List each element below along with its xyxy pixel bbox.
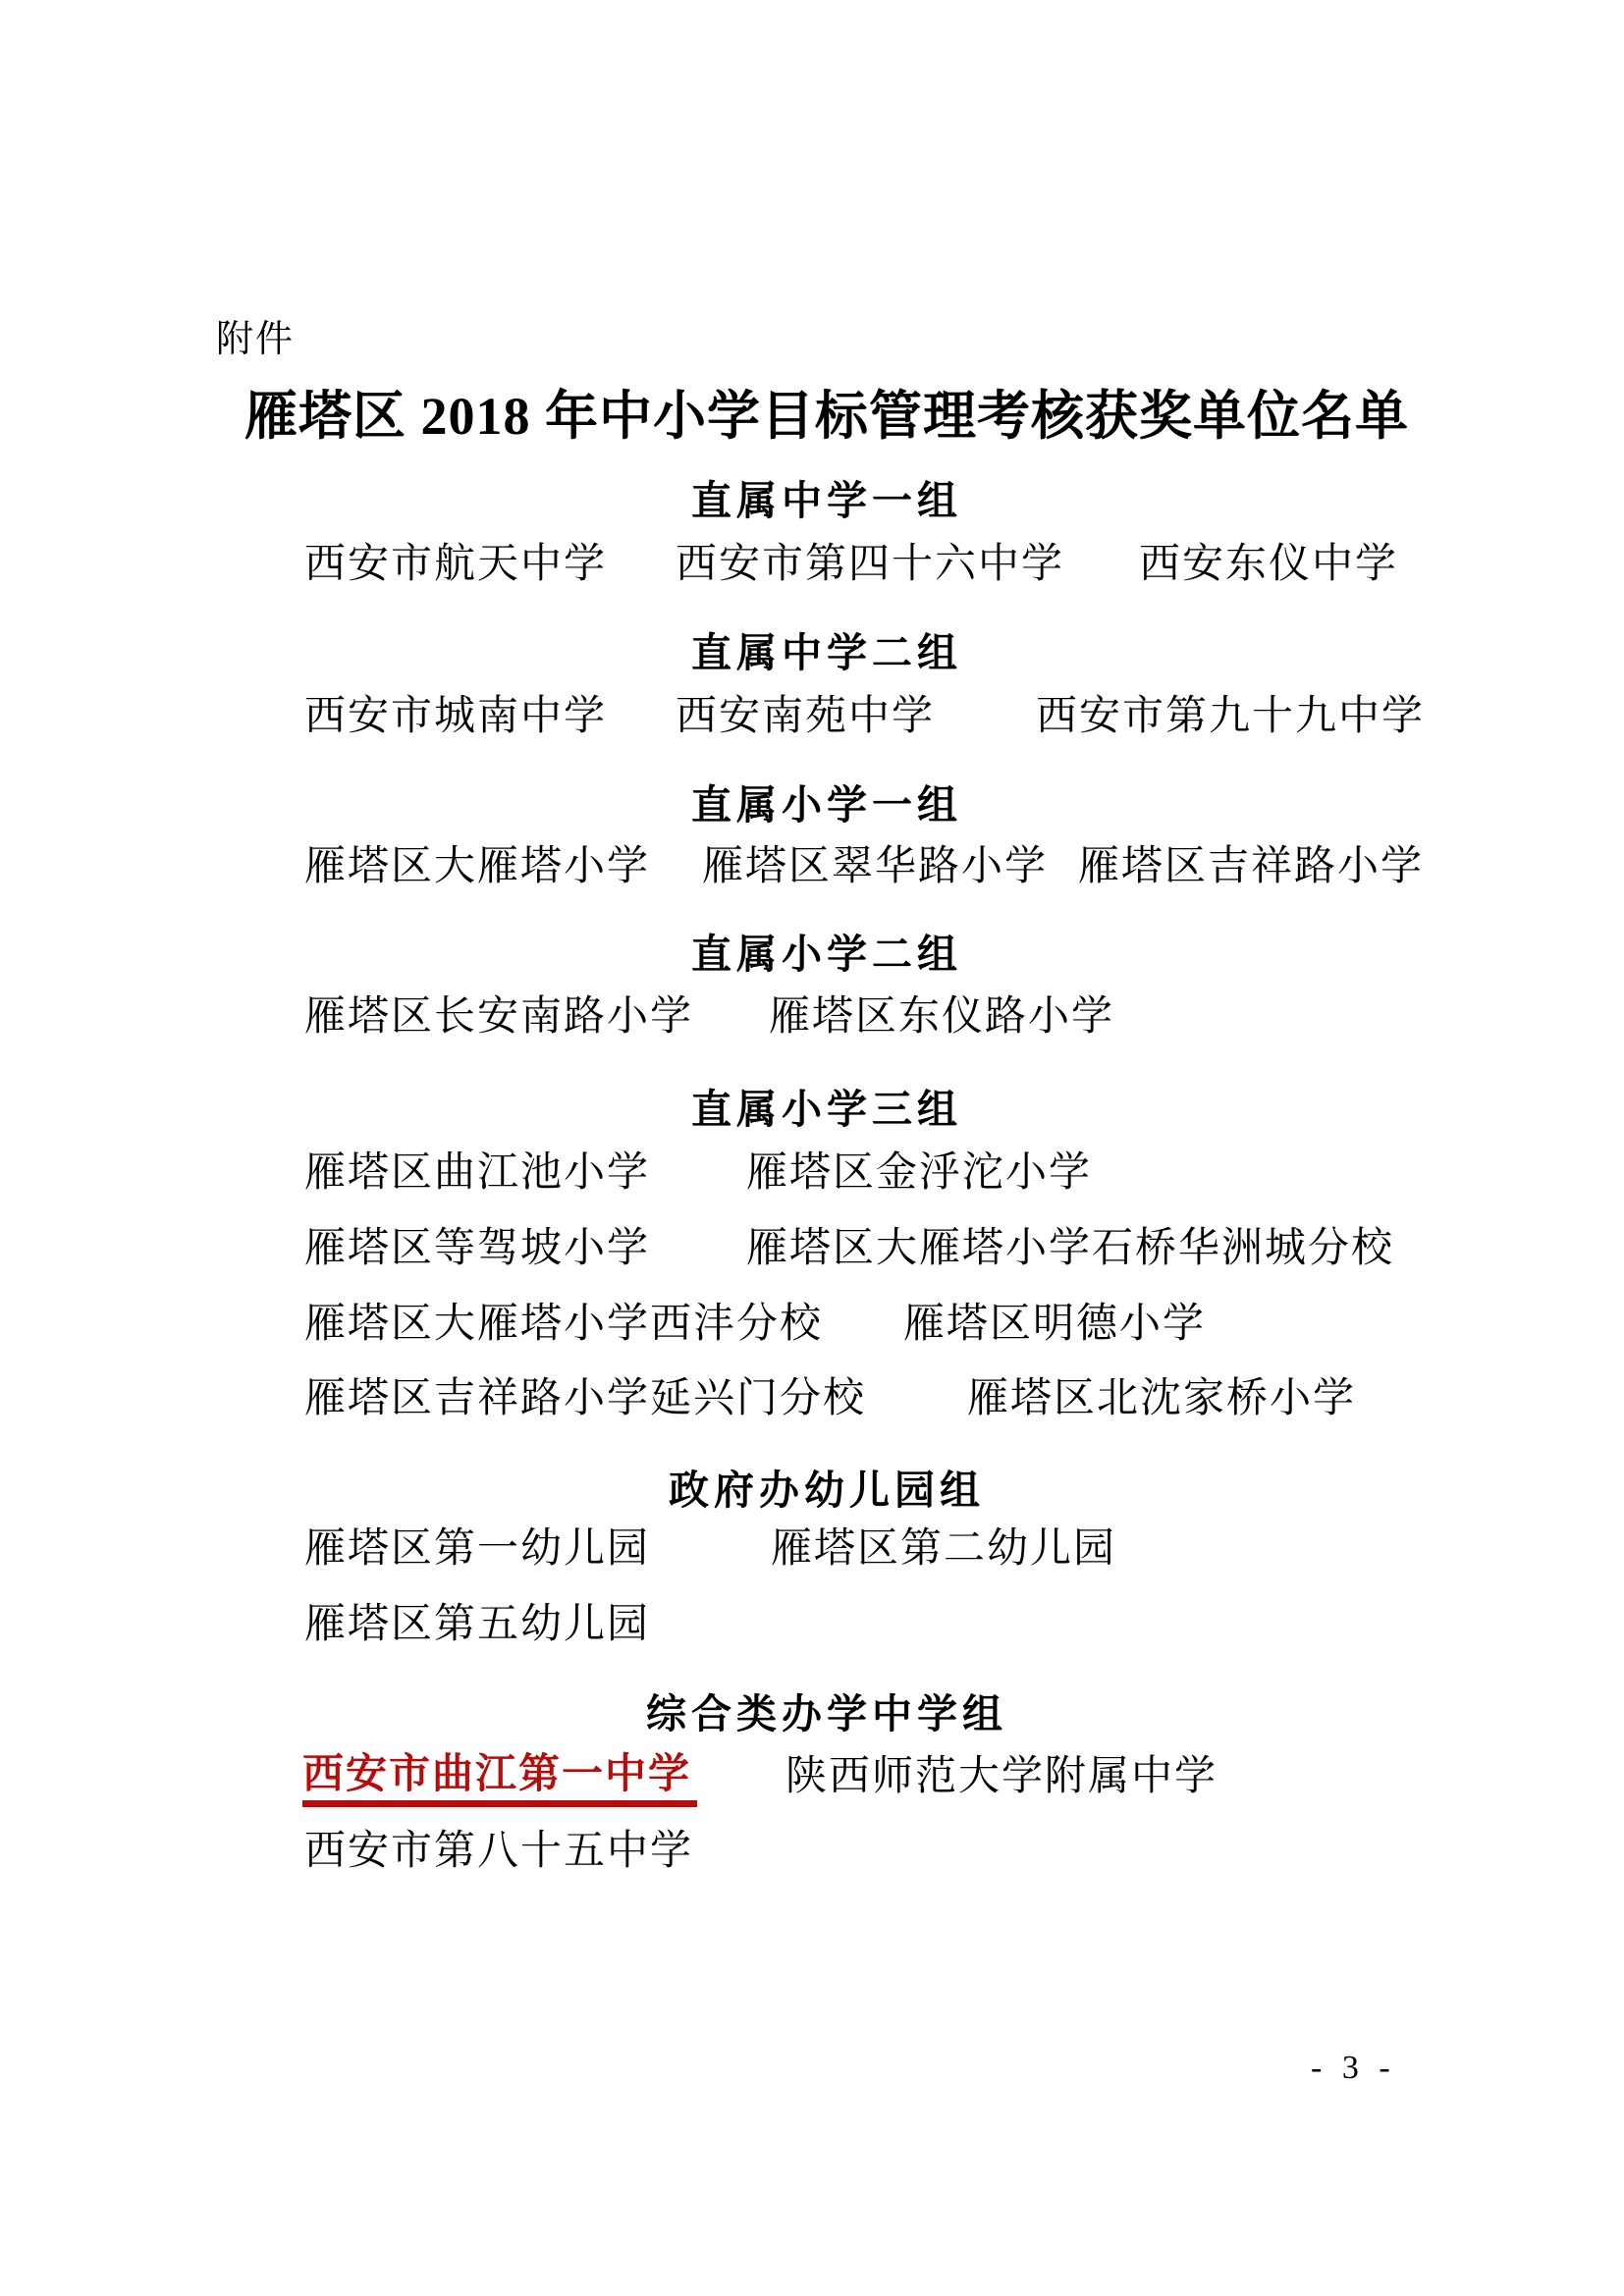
section-heading-6: 政府办幼儿园组 bbox=[15, 1458, 1624, 1516]
school-name: 雁塔区第五幼儿园 bbox=[304, 1602, 650, 1647]
section-heading-5: 直属小学三组 bbox=[15, 1077, 1624, 1135]
school-name: 西安东仪中学 bbox=[1139, 542, 1398, 587]
school-name-highlighted: 西安市曲江第一中学 bbox=[302, 1752, 697, 1807]
school-name: 雁塔区第二幼儿园 bbox=[771, 1526, 1116, 1572]
section-heading-2: 直属中学二组 bbox=[15, 620, 1624, 678]
school-name: 西安市城南中学 bbox=[304, 694, 607, 739]
school-name: 陕西师范大学附属中学 bbox=[785, 1754, 1218, 1799]
school-name: 西安南苑中学 bbox=[676, 694, 935, 739]
document-page: 附件 雁塔区 2018 年中小学目标管理考核获奖单位名单 直属中学一组 西安市航… bbox=[0, 0, 1624, 2296]
school-name: 西安市第八十五中学 bbox=[304, 1829, 693, 1874]
school-name: 雁塔区东仪路小学 bbox=[769, 994, 1114, 1040]
school-name: 雁塔区曲江池小学 bbox=[304, 1150, 650, 1196]
school-name: 雁塔区第一幼儿园 bbox=[304, 1526, 650, 1572]
section-heading-1: 直属中学一组 bbox=[15, 468, 1624, 526]
school-name: 雁塔区金泘沱小学 bbox=[746, 1150, 1092, 1196]
school-name: 雁塔区大雁塔小学 bbox=[304, 844, 650, 889]
school-name: 雁塔区明德小学 bbox=[903, 1302, 1206, 1347]
attachment-label: 附件 bbox=[216, 308, 295, 362]
page-number: - 3 - bbox=[1311, 2050, 1396, 2087]
school-name: 雁塔区长安南路小学 bbox=[304, 994, 693, 1040]
school-name: 西安市航天中学 bbox=[304, 542, 607, 587]
school-name: 雁塔区翠华路小学 bbox=[702, 844, 1048, 889]
school-name: 雁塔区北沈家桥小学 bbox=[967, 1376, 1356, 1421]
document-title: 雁塔区 2018 年中小学目标管理考核获奖单位名单 bbox=[15, 374, 1624, 450]
school-name: 雁塔区吉祥路小学 bbox=[1078, 844, 1424, 889]
school-name: 雁塔区大雁塔小学石桥华洲城分校 bbox=[746, 1226, 1394, 1271]
school-name: 西安市第四十六中学 bbox=[676, 542, 1064, 587]
school-name: 雁塔区等驾坡小学 bbox=[304, 1226, 650, 1271]
school-name: 雁塔区大雁塔小学西沣分校 bbox=[304, 1302, 823, 1347]
school-name: 西安市第九十九中学 bbox=[1036, 694, 1425, 739]
section-heading-3: 直属小学一组 bbox=[15, 773, 1624, 830]
section-heading-4: 直属小学二组 bbox=[15, 922, 1624, 980]
section-heading-7: 综合类办学中学组 bbox=[15, 1682, 1624, 1739]
school-name: 雁塔区吉祥路小学延兴门分校 bbox=[304, 1376, 866, 1421]
